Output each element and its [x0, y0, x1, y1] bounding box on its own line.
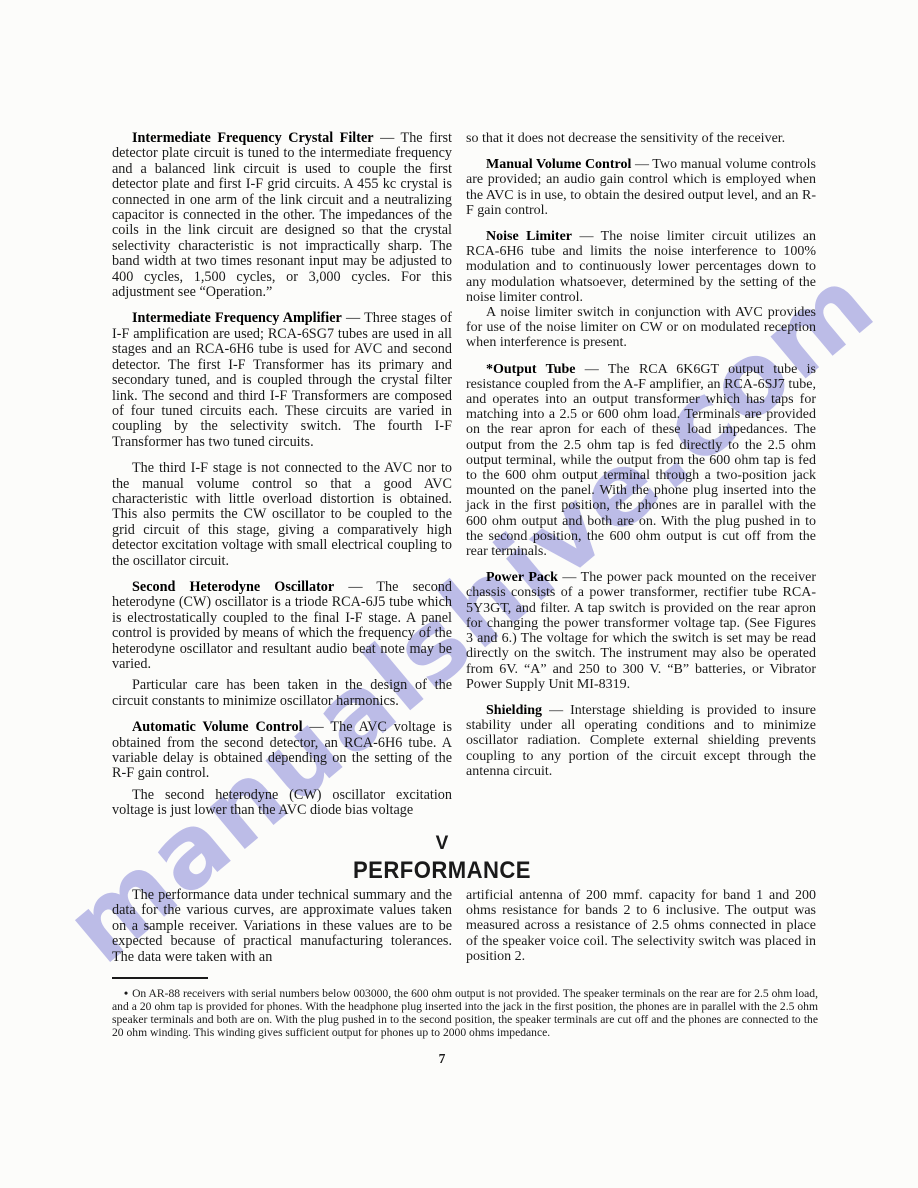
paragraph-text: so that it does not decrease the sensiti…: [466, 131, 785, 146]
performance-columns: The performance data under technical sum…: [112, 888, 816, 965]
paragraph-text: artificial antenna of 200 mmf. capacity …: [466, 888, 816, 964]
paragraph-text: — The first detector plate circuit is tu…: [112, 130, 452, 300]
footnote-marker: •: [124, 987, 132, 1000]
paragraph-if-amplifier: Intermediate Frequency Amplifier — Three…: [112, 311, 452, 450]
paragraph-manual-volume-control: Manual Volume Control — Two manual volum…: [466, 157, 816, 218]
footnote-rule: [112, 977, 208, 979]
paragraph-lead: Intermediate Frequency Amplifier: [132, 310, 342, 326]
performance-left-column: The performance data under technical sum…: [112, 888, 452, 965]
paragraph-second-heterodyne-oscillator: Second Heterodyne Oscillator — The secon…: [112, 580, 452, 672]
paragraph-performance-intro: The performance data under technical sum…: [112, 888, 452, 965]
paragraph-lead: Power Pack: [486, 570, 558, 585]
section-numeral: V: [112, 833, 772, 855]
section-title: PERFORMANCE: [138, 857, 745, 885]
paragraph-third-if-stage: The third I-F stage is not connected to …: [112, 461, 452, 569]
footnote-text: On AR-88 receivers with serial numbers b…: [112, 987, 818, 1039]
paragraph-cw-excitation: The second heterodyne (CW) oscillator ex…: [112, 788, 452, 819]
paragraph-text: — The RCA 6K6GT output tube is resistanc…: [466, 362, 816, 559]
paragraph-performance-continuation: artificial antenna of 200 mmf. capacity …: [466, 888, 816, 964]
paragraph-text: Particular care has been taken in the de…: [112, 677, 452, 708]
page-number: 7: [112, 1051, 772, 1067]
paragraph-output-tube: *Output Tube — The RCA 6K6GT output tube…: [466, 362, 816, 560]
left-column: Intermediate Frequency Crystal Filter — …: [112, 131, 452, 819]
performance-right-column: artificial antenna of 200 mmf. capacity …: [466, 888, 816, 965]
paragraph-text: The third I-F stage is not connected to …: [112, 460, 452, 568]
paragraph-if-crystal-filter: Intermediate Frequency Crystal Filter — …: [112, 131, 452, 300]
paragraph-power-pack: Power Pack — The power pack mounted on t…: [466, 570, 816, 692]
footnote: •On AR-88 receivers with serial numbers …: [112, 988, 818, 1040]
paragraph-lead: *Output Tube: [486, 362, 575, 377]
paragraph-shielding: Shielding — Interstage shielding is prov…: [466, 703, 816, 779]
paragraph-text: — The power pack mounted on the receiver…: [466, 570, 816, 691]
paragraph-lead: Shielding: [486, 703, 542, 718]
paragraph-lead: Intermediate Frequency Crystal Filter: [132, 130, 374, 146]
paragraph-text: A noise limiter switch in conjunction wi…: [466, 305, 816, 350]
paragraph-text: The performance data under technical sum…: [112, 887, 452, 965]
manual-page: manualshive.com Intermediate Frequency C…: [0, 0, 918, 1188]
body-columns: Intermediate Frequency Crystal Filter — …: [112, 131, 816, 819]
paragraph-lead: Noise Limiter: [486, 229, 572, 244]
paragraph-noise-limiter: Noise Limiter — The noise limiter circui…: [466, 229, 816, 305]
paragraph-automatic-volume-control: Automatic Volume Control — The AVC volta…: [112, 720, 452, 782]
right-column: so that it does not decrease the sensiti…: [466, 131, 816, 819]
paragraph-lead: Manual Volume Control: [486, 157, 631, 172]
paragraph-oscillator-harmonics: Particular care has been taken in the de…: [112, 678, 452, 709]
paragraph-lead: Automatic Volume Control: [132, 719, 303, 735]
paragraph-sensitivity-continuation: so that it does not decrease the sensiti…: [466, 131, 816, 146]
paragraph-text: — Three stages of I-F amplification are …: [112, 310, 452, 449]
paragraph-lead: Second Heterodyne Oscillator: [132, 579, 334, 595]
paragraph-noise-limiter-switch: A noise limiter switch in conjunction wi…: [466, 305, 816, 351]
paragraph-text: The second heterodyne (CW) oscillator ex…: [112, 787, 452, 818]
